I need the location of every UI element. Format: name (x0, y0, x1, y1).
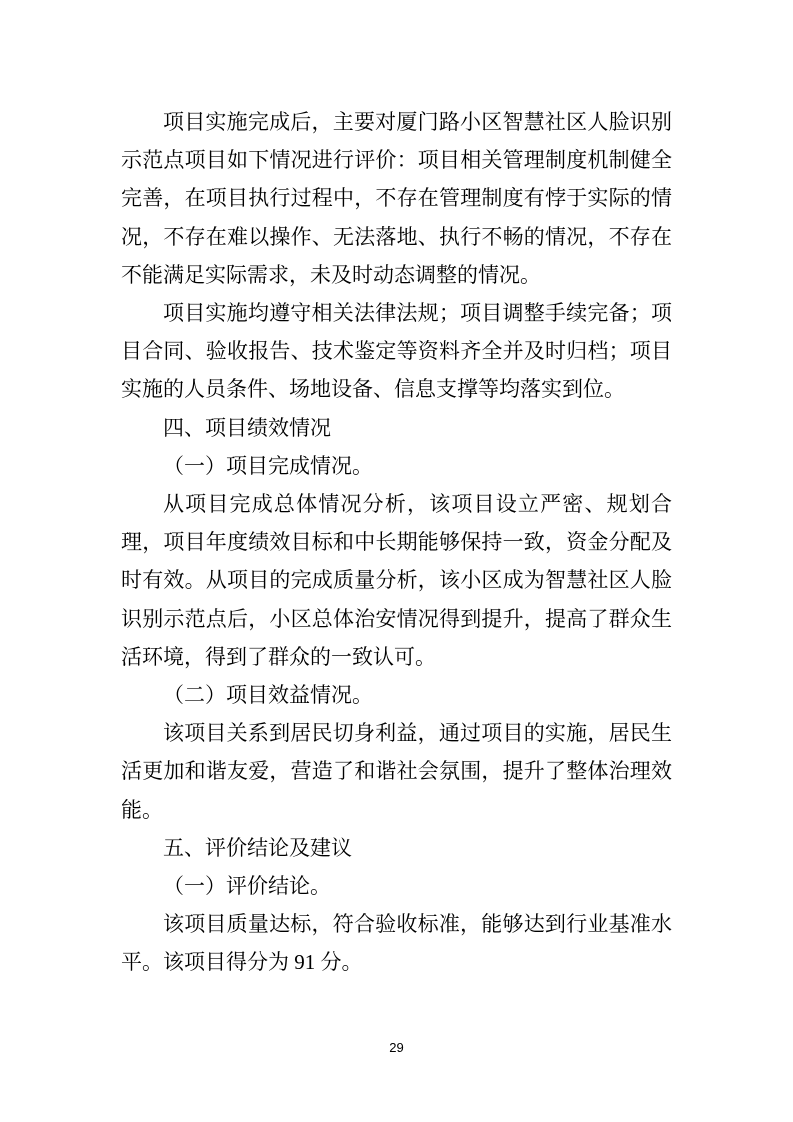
subsection-heading-4-2-benefits: （二）项目效益情况。 (121, 676, 672, 714)
document-page: 项目实施完成后，主要对厦门路小区智慧社区人脸识别示范点项目如下情况进行评价：项目… (0, 0, 793, 1122)
section-heading-4-performance: 四、项目绩效情况 (121, 409, 672, 447)
page-footer: 29 (0, 1040, 793, 1055)
paragraph-score-conclusion: 该项目质量达标，符合验收标准，能够达到行业基准水平。该项目得分为 91 分。 (121, 905, 672, 981)
section-heading-5-conclusion: 五、评价结论及建议 (121, 829, 672, 867)
paragraph-completion-analysis: 从项目完成总体情况分析，该项目设立严密、规划合理，项目年度绩效目标和中长期能够保… (121, 485, 672, 676)
paragraph-evaluation-scope: 项目实施完成后，主要对厦门路小区智慧社区人脸识别示范点项目如下情况进行评价：项目… (121, 103, 672, 294)
subsection-heading-4-1-completion: （一）项目完成情况。 (121, 447, 672, 485)
paragraph-benefits-analysis: 该项目关系到居民切身利益，通过项目的实施，居民生活更加和谐友爱，营造了和谐社会氛… (121, 714, 672, 829)
subsection-heading-5-1-conclusion: （一）评价结论。 (121, 867, 672, 905)
document-body: 项目实施完成后，主要对厦门路小区智慧社区人脸识别示范点项目如下情况进行评价：项目… (121, 103, 672, 982)
paragraph-compliance: 项目实施均遵守相关法律法规；项目调整手续完备；项目合同、验收报告、技术鉴定等资料… (121, 294, 672, 409)
page-number: 29 (389, 1040, 403, 1055)
